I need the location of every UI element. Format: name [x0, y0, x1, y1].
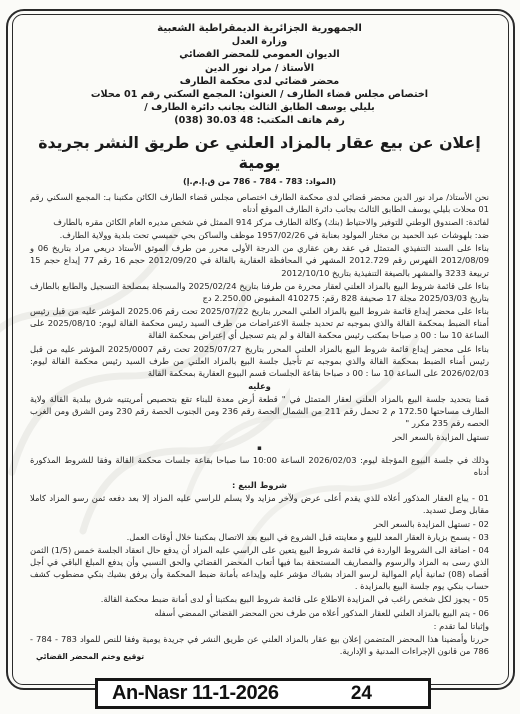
- paragraph-debtor: ضد: بلهوشات عبد الحميد بن مختار المولود …: [30, 229, 489, 241]
- newspaper-name-date: An-Nasr 11-1-2026: [112, 682, 279, 705]
- hence-marker: وعليه: [30, 380, 489, 392]
- paragraph-deposit-2: بناءا على محضر إيداع قائمة شروط البيع با…: [30, 343, 489, 379]
- office-phone-line: رقم هاتف المكتب: (038) 30.03 48: [30, 114, 489, 127]
- condition-item: 05 - يجوز لكل شخص راغب في المزايدة الاطل…: [30, 593, 489, 605]
- proof-heading: وإثباتا لما تقدم :: [30, 620, 489, 632]
- paragraph-intro: نحن الأستاذ/ مراد نور الدين محضر قضائي ل…: [30, 191, 489, 215]
- condition-item: 01 - يباع العقار المذكور أعلاه للذي يقدم…: [30, 492, 489, 516]
- signature-stamp-label: توقيع وختم المحضر القضائي: [36, 652, 144, 661]
- paragraph-session: قمنا بتحديد جلسة البيع بالمزاد العلني لع…: [30, 393, 489, 429]
- paragraph-free-price: تستهل المزايدة بالسعر الحر: [30, 431, 489, 443]
- jurisdiction-line: اختصاص مجلس قضاء الطارف / العنوان: المجم…: [30, 88, 489, 101]
- ministry-line: وزارة العدل: [30, 35, 489, 48]
- conditions-heading: شروط البيع :: [30, 479, 489, 491]
- separator-dot: ▪: [30, 444, 489, 453]
- page-title: إعلان عن بيع عقار بالمزاد العلني عن طريق…: [30, 133, 489, 173]
- legal-articles-subtitle: (المواد: 783 - 784 - 786 من ق.إ.م.إ): [30, 176, 489, 187]
- phone-number: (038) 30.03 48: [174, 115, 253, 126]
- condition-item: 04 - اضافة الى الشروط الواردة في قائمة ش…: [30, 544, 489, 593]
- bailiff-name-line: الأستاذ / مراد نور الدين: [30, 62, 489, 75]
- paragraph-session-date: وذلك في جلسة البيوع المؤجلة ليوم: 2026/0…: [30, 454, 489, 478]
- paragraph-deed: بناءا على السند التنفيذي المتمثل في عقد …: [30, 242, 489, 278]
- office-line: الديوان العمومي للمحضر القضائي: [30, 48, 489, 61]
- page-number: 24: [351, 683, 372, 705]
- condition-item: 03 - يسمح بزيارة العقار المعد للبيع و مع…: [30, 531, 489, 543]
- notice-content: الجمهورية الجزائرية الديمقراطية الشعبية …: [30, 22, 489, 658]
- address-line: بليلي يوسف الطابق الثالث بجانب دائرة الط…: [30, 101, 489, 114]
- condition-item: 06 - يتم البيع بالمزاد العلني للعقار الم…: [30, 607, 489, 619]
- bailiff-court-line: محضر قضائي لدى محكمة الطارف: [30, 75, 489, 88]
- scanned-auction-notice: الجمهورية الجزائرية الديمقراطية الشعبية …: [0, 0, 520, 714]
- republic-line: الجمهورية الجزائرية الديمقراطية الشعبية: [30, 22, 489, 35]
- paragraph-deposit-1: بناءا على محضر إيداع قائمة شروط البيع با…: [30, 305, 489, 341]
- notice-body: نحن الأستاذ/ مراد نور الدين محضر قضائي ل…: [30, 191, 489, 658]
- phone-label: رقم هاتف المكتب:: [257, 115, 345, 126]
- paragraph-spec-list: بناءا على قائمة شروط البيع بالمزاد العلن…: [30, 280, 489, 304]
- condition-item: 02 - تستهل المزايدة بالسعر الحر: [30, 518, 489, 530]
- letterhead: الجمهورية الجزائرية الديمقراطية الشعبية …: [30, 22, 489, 128]
- newspaper-footer-strip: An-Nasr 11-1-2026 24: [95, 678, 431, 709]
- paragraph-creditor: لفائدة: الصندوق الوطني للتوفير والاحتياط…: [30, 216, 489, 228]
